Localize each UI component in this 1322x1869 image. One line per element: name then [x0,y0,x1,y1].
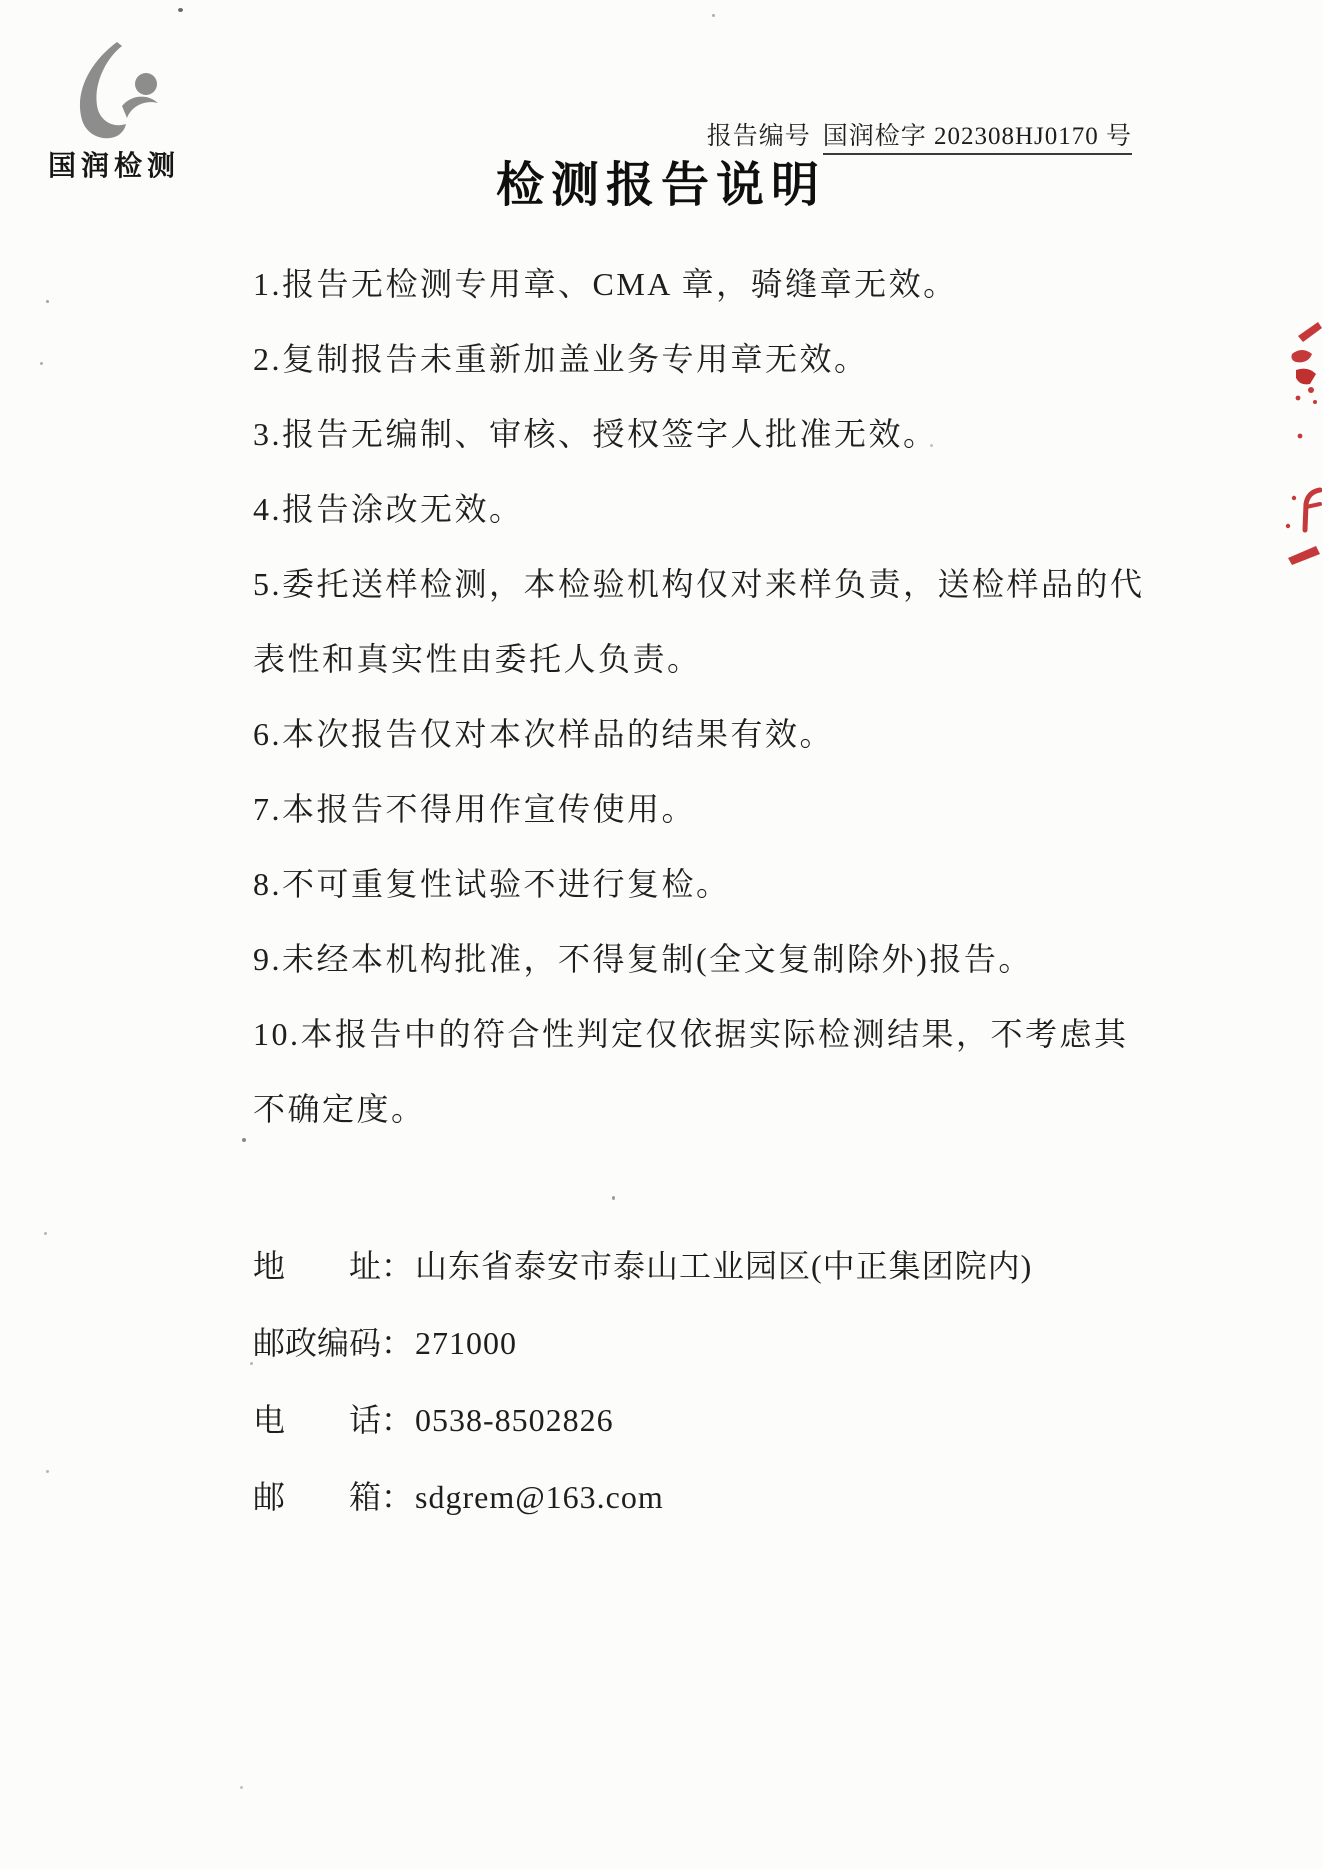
noise-speck [930,444,933,447]
noise-speck [612,1196,615,1200]
report-note-item: 1.报告无检测专用章、CMA 章，骑缝章无效。 [253,247,1173,322]
contact-row: 地址：山东省泰安市泰山工业园区(中正集团院内) [253,1228,1153,1305]
report-note-line: 1.报告无检测专用章、CMA 章，骑缝章无效。 [253,247,1173,322]
report-note-line: 表性和真实性由委托人负责。 [253,622,1173,697]
noise-speck [46,300,49,303]
report-note-line: 7.本报告不得用作宣传使用。 [253,772,1173,847]
logo-mark-icon [62,42,172,142]
contact-colon: ： [381,1382,415,1459]
report-note-line: 10.本报告中的符合性判定仅依据实际检测结果，不考虑其 [253,997,1173,1072]
contact-row: 邮政编码：271000 [253,1305,1153,1382]
report-note-line: 不确定度。 [253,1072,1173,1147]
noise-speck [40,362,43,365]
contact-label: 地址 [253,1228,381,1305]
report-note-line: 5.委托送样检测，本检验机构仅对来样负责，送检样品的代 [253,547,1173,622]
report-page: 国润检测 报告编号国润检字 202308HJ0170 号 检测报告说明 1.报告… [0,0,1322,1869]
noise-speck [44,1232,47,1235]
contact-row: 电话：0538-8502826 [253,1382,1153,1459]
noise-speck [250,1362,253,1365]
report-note-item: 6.本次报告仅对本次样品的结果有效。 [253,697,1173,772]
noise-speck [240,1786,243,1789]
report-note-line: 9.未经本机构批准，不得复制(全文复制除外)报告。 [253,922,1173,997]
report-note-line: 4.报告涂改无效。 [253,472,1173,547]
noise-speck [712,14,715,17]
red-stamp-fragment [1278,300,1322,570]
report-note-line: 2.复制报告未重新加盖业务专用章无效。 [253,322,1173,397]
noise-speck [46,1470,49,1473]
contact-label: 邮箱 [253,1459,381,1536]
report-note-item: 7.本报告不得用作宣传使用。 [253,772,1173,847]
noise-speck [178,8,183,12]
report-note-line: 6.本次报告仅对本次样品的结果有效。 [253,697,1173,772]
report-note-item: 9.未经本机构批准，不得复制(全文复制除外)报告。 [253,922,1173,997]
contact-label: 邮政编码 [253,1305,381,1382]
report-note-item: 5.委托送样检测，本检验机构仅对来样负责，送检样品的代表性和真实性由委托人负责。 [253,547,1173,697]
page-title: 检测报告说明 [0,146,1322,215]
contact-value: 271000 [415,1325,517,1361]
contact-label: 电话 [253,1382,381,1459]
report-note-item: 4.报告涂改无效。 [253,472,1173,547]
contact-value: 山东省泰安市泰山工业园区(中正集团院内) [415,1248,1032,1284]
contact-value: 0538-8502826 [415,1402,614,1438]
notes-list: 1.报告无检测专用章、CMA 章，骑缝章无效。2.复制报告未重新加盖业务专用章无… [253,247,1173,1147]
contact-value: sdgrem@163.com [415,1479,664,1515]
report-note-line: 8.不可重复性试验不进行复检。 [253,847,1173,922]
report-note-item: 2.复制报告未重新加盖业务专用章无效。 [253,322,1173,397]
contact-row: 邮箱：sdgrem@163.com [253,1459,1153,1536]
contact-colon: ： [381,1228,415,1305]
report-note-item: 10.本报告中的符合性判定仅依据实际检测结果，不考虑其不确定度。 [253,997,1173,1147]
contact-block: 地址：山东省泰安市泰山工业园区(中正集团院内)邮政编码：271000电话：053… [253,1228,1153,1536]
contact-colon: ： [381,1305,415,1382]
noise-speck [242,1138,246,1142]
report-note-item: 8.不可重复性试验不进行复检。 [253,847,1173,922]
contact-colon: ： [381,1459,415,1536]
report-note-line: 3.报告无编制、审核、授权签字人批准无效。 [253,397,1173,472]
report-note-item: 3.报告无编制、审核、授权签字人批准无效。 [253,397,1173,472]
